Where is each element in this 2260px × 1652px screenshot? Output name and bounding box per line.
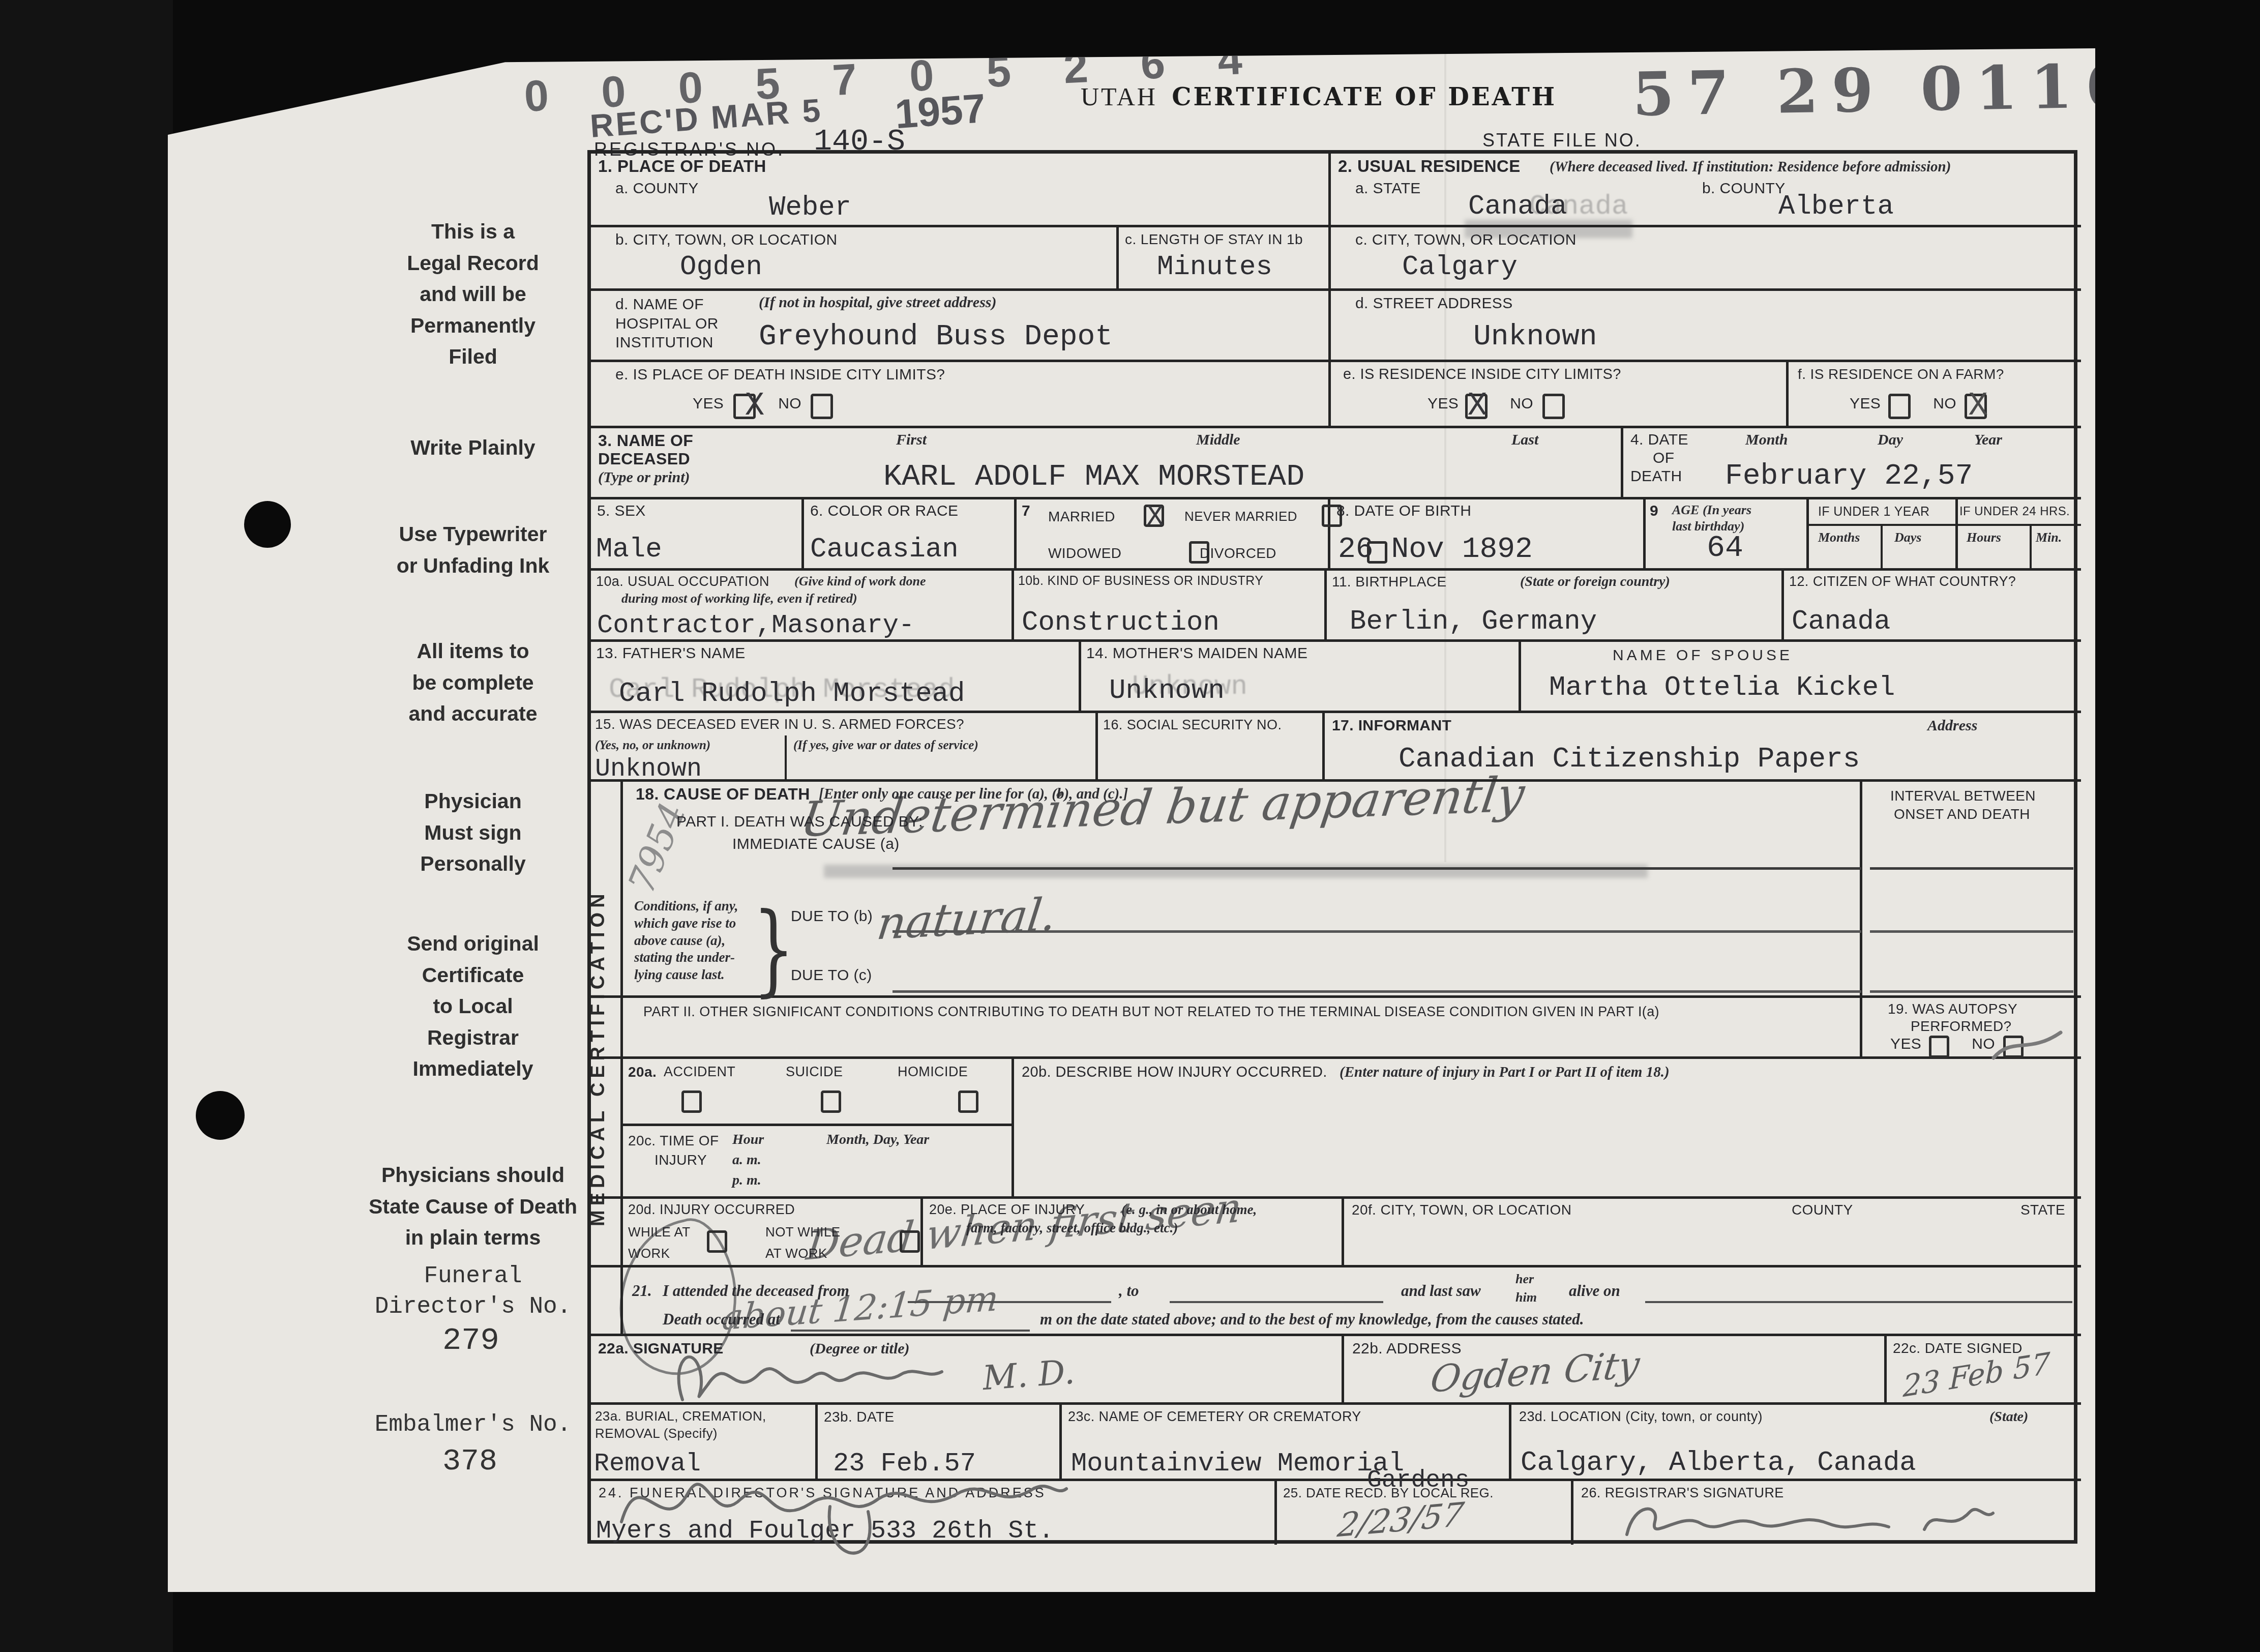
registrar-signature — [1614, 1499, 2001, 1545]
field-7-married-checkbox[interactable]: X — [1144, 505, 1164, 527]
field-2f-yes-label: YES — [1850, 395, 1881, 412]
row-sex-race-marital-birth: 5. SEX Male 6. COLOR OR RACE Caucasian 7… — [591, 499, 2081, 571]
field-7-marital-status: 7 MARRIED X NEVER MARRIED WIDOWED DIVORC… — [1017, 499, 1330, 568]
field-21-text-1: I attended the deceased from — [663, 1282, 849, 1300]
field-23d-state-label: (State) — [1989, 1409, 2028, 1425]
field-20d-notwhile-2: AT WORK — [765, 1246, 827, 1261]
margin-note-typewriter: Use Typewriter or Unfading Ink — [315, 519, 631, 581]
field-2a-value-ghost: Canada — [1529, 191, 1628, 222]
field-7-never-married-label: NEVER MARRIED — [1184, 509, 1297, 524]
field-8-value: 26 Nov 1892 — [1338, 533, 1533, 566]
field-21-her: her — [1515, 1272, 1534, 1287]
field-17-informant: 17. INFORMANT Address Canadian Citizensh… — [1325, 713, 2081, 779]
punch-hole-top — [244, 501, 291, 548]
field-1e-label: e. IS PLACE OF DEATH INSIDE CITY LIMITS? — [615, 366, 945, 383]
embalmer-no-label: Embalmer's No. — [315, 1411, 631, 1438]
field-26-registrar-signature: 26. REGISTRAR'S SIGNATURE — [1573, 1481, 2081, 1545]
funeral-director-signature — [611, 1445, 1069, 1547]
field-6-label: 6. COLOR OR RACE — [810, 503, 958, 520]
death-occurred-line — [791, 1330, 1030, 1332]
medical-certification-band-2 — [591, 998, 623, 1056]
field-11-value: Berlin, Germany — [1350, 606, 1597, 637]
field-1-title: 1. PLACE OF DEATH — [598, 157, 766, 176]
under-grid-divider-mid — [1955, 499, 1958, 571]
state-file-no-stamp: 57 29 0116 — [1632, 50, 2141, 129]
field-9-under-age-grid: IF UNDER 1 YEAR IF UNDER 24 HRS. Months … — [1809, 499, 2081, 568]
field-20a-20c-column: 20a. ACCIDENT SUICIDE HOMICIDE 20c. TIME… — [623, 1059, 1014, 1196]
certificate-form: 1. PLACE OF DEATH a. COUNTY Weber 2. USU… — [587, 150, 2077, 1544]
field-20a-suicide-label: SUICIDE — [786, 1064, 843, 1080]
row-attended: 21. I attended the deceased from , to an… — [591, 1267, 2081, 1336]
row-part2-autopsy: PART II. OTHER SIGNIFICANT CONDITIONS CO… — [591, 998, 2081, 1059]
field-11-label: 11. BIRTHPLACE — [1332, 574, 1447, 590]
field-20a-homicide-checkbox[interactable] — [958, 1090, 978, 1113]
field-3-label-3: (Type or print) — [598, 469, 690, 486]
field-1d-label: d. NAME OF HOSPITAL OR INSTITUTION — [615, 295, 719, 352]
field-12-citizen: 12. CITIZEN OF WHAT COUNTRY? Canada — [1784, 571, 2081, 639]
field-20d-injury-occurred: 20d. INJURY OCCURRED WHILE AT WORK NOT W… — [623, 1199, 923, 1265]
attended-from-line — [908, 1301, 1111, 1303]
field-23c-cemetery: 23c. NAME OF CEMETERY OR CREMATORY Mount… — [1062, 1405, 1511, 1479]
field-2-title: 2. USUAL RESIDENCE — [1338, 157, 1521, 176]
field-2e-city-limits: e. IS RESIDENCE INSIDE CITY LIMITS? YES … — [1331, 362, 1789, 426]
field-10a-hint-2: during most of working life, even if ret… — [621, 591, 857, 606]
field-4-value: February 22,57 — [1725, 460, 1973, 493]
due-to-b-line — [893, 930, 1861, 933]
field-2a-label: a. STATE — [1355, 180, 1421, 197]
field-1e-yes-checkbox[interactable]: X — [733, 394, 756, 419]
field-10b-label: 10b. KIND OF BUSINESS OR INDUSTRY — [1018, 574, 1263, 588]
state-file-no-label: STATE FILE NO. — [1482, 130, 1642, 151]
field-2f-farm: f. IS RESIDENCE ON A FARM? YES NO X — [1789, 362, 2081, 426]
punch-hole-bottom — [196, 1091, 245, 1140]
field-20c-am-label: a. m. — [732, 1152, 761, 1168]
field-6-value: Caucasian — [810, 534, 959, 565]
field-1e-no-label: NO — [778, 395, 801, 412]
field-18-part2: PART II. OTHER SIGNIFICANT CONDITIONS CO… — [623, 998, 1862, 1056]
field-4-col-month: Month — [1745, 431, 1788, 449]
field-18-title-hint: [Enter only one cause per line for (a), … — [819, 786, 1128, 803]
field-2b-value: Alberta — [1778, 191, 1894, 222]
field-20b-describe-injury: 20b. DESCRIBE HOW INJURY OCCURRED. (Ente… — [1014, 1059, 2081, 1196]
medical-certification-band-5 — [591, 1267, 623, 1334]
field-20c-label-1: 20c. TIME OF — [628, 1133, 719, 1149]
min-label: Min. — [2036, 530, 2062, 545]
months-label: Months — [1818, 530, 1860, 545]
medical-certification-band-4 — [591, 1199, 623, 1265]
medical-certification-band — [591, 782, 623, 995]
field-2c-value: Calgary — [1402, 252, 1518, 283]
field-4-col-year: Year — [1974, 431, 2002, 449]
field-3-label-2: DECEASED — [598, 450, 690, 468]
field-21-text-3: and last saw — [1401, 1282, 1481, 1300]
row-forces-ssn-informant: 15. WAS DECEASED EVER IN U. S. ARMED FOR… — [591, 713, 2081, 782]
field-2c-city: c. CITY, TOWN, OR LOCATION Calgary — [1331, 227, 2081, 288]
field-25-value: 2/23/57 — [1335, 1496, 1467, 1545]
field-15-value: Unknown — [595, 755, 702, 784]
field-15-armed-forces: 15. WAS DECEASED EVER IN U. S. ARMED FOR… — [591, 713, 1098, 779]
field-8-date-of-birth: 8. DATE OF BIRTH 26 Nov 1892 — [1330, 499, 1646, 568]
attended-to-line — [1170, 1301, 1383, 1303]
field-13-father: 13. FATHER'S NAME Carl Rudolph Morstead … — [591, 642, 1081, 711]
field-2e-yes-label: YES — [1428, 395, 1459, 412]
field-23c-label: 23c. NAME OF CEMETERY OR CREMATORY — [1068, 1409, 1361, 1425]
field-3-col-middle: Middle — [1196, 431, 1240, 449]
field-2f-options: YES NO X — [1850, 394, 1987, 419]
field-2f-no-checkbox[interactable]: X — [1965, 394, 1987, 419]
field-18-interval-column: INTERVAL BETWEEN ONSET AND DEATH — [1862, 782, 2081, 995]
field-1e-no-checkbox[interactable] — [811, 394, 833, 419]
field-1a-label: a. COUNTY — [615, 180, 699, 197]
interval-label-2: ONSET AND DEATH — [1894, 806, 2030, 822]
field-12-value: Canada — [1792, 606, 1890, 637]
field-2c-label: c. CITY, TOWN, OR LOCATION — [1355, 231, 1577, 249]
field-23d-value: Calgary, Alberta, Canada — [1521, 1448, 1916, 1479]
field-1c-length-of-stay: c. LENGTH OF STAY IN 1b Minutes — [1119, 227, 1331, 288]
field-20e-hint-2: farm, factory, street, office bldg., etc… — [966, 1220, 1178, 1236]
row-cause-of-death: 18. CAUSE OF DEATH [Enter only one cause… — [591, 782, 2081, 998]
days-label: Days — [1894, 530, 1921, 545]
field-23c-value-1: Mountainview Memorial — [1071, 1449, 1404, 1479]
field-21-text-4: alive on — [1569, 1282, 1620, 1300]
field-2d-label: d. STREET ADDRESS — [1355, 295, 1513, 312]
margin-note-write-plainly: Write Plainly — [315, 432, 631, 464]
field-4-label-2: OF — [1653, 450, 1674, 467]
funeral-director-no-value: 279 — [442, 1322, 499, 1359]
field-21-text-5: Death occurred at — [663, 1310, 780, 1329]
row-injury-type: 20a. ACCIDENT SUICIDE HOMICIDE 20c. TIME… — [591, 1059, 2081, 1199]
field-spouse-value: Martha Ottelia Kickel — [1549, 672, 1895, 703]
field-16-ssn: 16. SOCIAL SECURITY NO. — [1098, 713, 1325, 779]
row-city-limits: e. IS PLACE OF DEATH INSIDE CITY LIMITS?… — [591, 362, 2081, 428]
field-20d-while-checkbox[interactable] — [707, 1230, 727, 1253]
field-15-hint-2: (If yes, give war or dates of service) — [793, 739, 978, 753]
field-20c-mdy-label: Month, Day, Year — [826, 1132, 929, 1148]
conditions-brace: } — [753, 891, 795, 1007]
field-23a-label: 23a. BURIAL, CREMATION, REMOVAL (Specify… — [595, 1408, 766, 1442]
field-10a-hint-1: (Give kind of work done — [794, 574, 926, 589]
field-14-value: Unknown — [1109, 675, 1225, 706]
field-2e-no-checkbox[interactable] — [1542, 394, 1565, 419]
field-1d-hospital: d. NAME OF HOSPITAL OR INSTITUTION (If n… — [591, 291, 1331, 360]
field-2e-yes-mark: X — [1468, 388, 1487, 425]
field-20e-hint-1: (e. g., in or about home, — [1121, 1202, 1257, 1218]
field-13-value: Carl Rudolph Morstead — [619, 678, 965, 710]
interval-line-c — [1870, 990, 2073, 993]
field-21-him: him — [1515, 1290, 1537, 1305]
field-18-part2-label: PART II. OTHER SIGNIFICANT CONDITIONS CO… — [643, 1004, 1659, 1020]
field-20a-accident-label: ACCIDENT — [664, 1064, 735, 1080]
field-20f-county-label: COUNTY — [1792, 1202, 1853, 1218]
field-7-divorced-label: DIVORCED — [1200, 545, 1276, 562]
field-15-hint-1: (Yes, no, or unknown) — [595, 739, 710, 753]
field-21-number: 21. — [632, 1282, 652, 1300]
field-2f-no-label: NO — [1933, 395, 1956, 412]
field-23d-label: 23d. LOCATION (City, town, or county) — [1519, 1409, 1763, 1425]
field-2e-no-label: NO — [1510, 395, 1533, 412]
field-4-label-1: 4. DATE — [1630, 431, 1688, 449]
field-18-cause-of-death: 18. CAUSE OF DEATH [Enter only one cause… — [623, 782, 1862, 995]
field-18-due-to-b-label: DUE TO (b) — [791, 908, 873, 925]
field-20d-while-1: WHILE AT — [628, 1224, 691, 1240]
field-1-place-of-death: 1. PLACE OF DEATH a. COUNTY Weber — [591, 154, 1331, 225]
interval-line-b — [1870, 930, 2073, 933]
field-4-col-day: Day — [1878, 431, 1903, 449]
field-7-married-label: MARRIED — [1048, 509, 1115, 525]
field-23c-value-2: Gardens — [1367, 1467, 1470, 1494]
field-23b-label: 23b. DATE — [824, 1409, 894, 1425]
field-14-label: 14. MOTHER'S MAIDEN NAME — [1086, 645, 1307, 662]
field-22c-date-signed: 22c. DATE SIGNED 23 Feb 57 — [1887, 1336, 2081, 1402]
field-7-widowed-label: WIDOWED — [1048, 545, 1121, 562]
field-2d-street-address: d. STREET ADDRESS Unknown — [1331, 291, 2081, 360]
field-20f-label: 20f. CITY, TOWN, OR LOCATION — [1352, 1202, 1571, 1218]
field-1c-value: Minutes — [1157, 252, 1272, 283]
field-15-divider — [785, 735, 787, 782]
film-edge — [0, 0, 173, 1652]
field-20a-manner: 20a. ACCIDENT SUICIDE HOMICIDE — [623, 1059, 1012, 1126]
field-1a-value: Weber — [769, 192, 851, 223]
field-20c-label-2: INJURY — [655, 1152, 707, 1168]
row-hospital-street: d. NAME OF HOSPITAL OR INSTITUTION (If n… — [591, 291, 2081, 362]
field-20d-label: 20d. INJURY OCCURRED — [628, 1202, 795, 1218]
field-5-sex: 5. SEX Male — [591, 499, 804, 568]
row-parents-spouse: 13. FATHER'S NAME Carl Rudolph Morstead … — [591, 642, 2081, 713]
field-9-age: 9 AGE (In years last birthday) 64 — [1646, 499, 1809, 568]
field-20f-state-label: STATE — [2020, 1202, 2065, 1218]
due-to-c-line — [893, 990, 1861, 993]
field-7-number: 7 — [1022, 503, 1030, 520]
field-18-title: 18. CAUSE OF DEATH — [636, 785, 810, 804]
field-2f-no-mark: X — [1968, 388, 1987, 425]
alive-on-line — [1645, 1301, 2072, 1303]
field-15-label: 15. WAS DECEASED EVER IN U. S. ARMED FOR… — [595, 716, 964, 732]
field-20f-location: 20f. CITY, TOWN, OR LOCATION COUNTY STAT… — [1344, 1199, 2081, 1265]
field-19-yes-label: YES — [1890, 1036, 1921, 1052]
scanned-death-certificate: { "m": { "notes": [ "This is a\nLegal Re… — [0, 0, 2260, 1652]
field-18-immediate-cause-label: IMMEDIATE CAUSE (a) — [732, 836, 900, 853]
field-1e-yes-label: YES — [693, 395, 724, 412]
field-20c-time-of-injury: 20c. TIME OF INJURY Hour a. m. p. m. Mon… — [623, 1129, 1012, 1199]
field-2e-label: e. IS RESIDENCE INSIDE CITY LIMITS? — [1343, 366, 1621, 383]
field-10a-value: Contractor,Masonary- — [597, 610, 914, 640]
field-11-hint: (State or foreign country) — [1520, 574, 1670, 590]
field-9-label-1: AGE (In years — [1672, 503, 1751, 518]
field-24-funeral-director: 24. FUNERAL DIRECTOR'S SIGNATURE AND ADD… — [591, 1481, 1277, 1545]
received-stamp-year: 1957 — [894, 85, 987, 138]
field-11-birthplace: 11. BIRTHPLACE (State or foreign country… — [1327, 571, 1784, 639]
certificate-title: UTAH CERTIFICATE OF DEATH — [1081, 82, 1557, 111]
field-21-text-6: m on the date stated above; and to the b… — [1040, 1310, 1584, 1329]
field-10b-value: Construction — [1022, 607, 1220, 638]
field-23d-location: 23d. LOCATION (City, town, or county) (S… — [1511, 1405, 2081, 1479]
interval-line-a — [1870, 867, 2073, 870]
row-injury-place: 20d. INJURY OCCURRED WHILE AT WORK NOT W… — [591, 1199, 2081, 1267]
field-10b-industry: 10b. KIND OF BUSINESS OR INDUSTRY Constr… — [1014, 571, 1327, 639]
field-17-value: Canadian Citizenship Papers — [1399, 743, 1860, 775]
field-9-value: 64 — [1707, 531, 1743, 566]
row-funeral-registrar: 24. FUNERAL DIRECTOR'S SIGNATURE AND ADD… — [591, 1481, 2081, 1545]
field-1b-label: b. CITY, TOWN, OR LOCATION — [615, 231, 838, 249]
field-1b-city: b. CITY, TOWN, OR LOCATION Ogden — [591, 227, 1119, 288]
field-10a-occupation: 10a. USUAL OCCUPATION (Give kind of work… — [591, 571, 1014, 639]
margin-note-physician-sign: Physician Must sign Personally — [315, 786, 631, 880]
field-22a-degree-value: M. D. — [982, 1352, 1076, 1398]
field-1d-hint: (If not in hospital, give street address… — [759, 294, 997, 311]
field-1d-value: Greyhound Buss Depot — [759, 320, 1113, 353]
field-12-label: 12. CITIZEN OF WHAT COUNTRY? — [1789, 574, 2016, 589]
certificate-page: This is a Legal Record and will be Perma… — [168, 48, 2095, 1592]
field-20a-suicide-checkbox[interactable] — [821, 1090, 841, 1113]
field-17-address-label: Address — [1927, 717, 1977, 734]
row-city-town: b. CITY, TOWN, OR LOCATION Ogden c. LENG… — [591, 227, 2081, 291]
field-1e-yes-mark: X — [745, 388, 764, 425]
row-occupation-birthplace: 10a. USUAL OCCUPATION (Give kind of work… — [591, 571, 2081, 642]
field-20b-label: 20b. DESCRIBE HOW INJURY OCCURRED. — [1022, 1064, 1327, 1081]
field-10a-label: 10a. USUAL OCCUPATION — [596, 574, 769, 589]
field-3-col-first: First — [896, 431, 927, 449]
under-1-year-label: IF UNDER 1 YEAR — [1818, 505, 1929, 519]
field-17-label: 17. INFORMANT — [1332, 717, 1451, 734]
field-19-yes-checkbox[interactable] — [1929, 1036, 1949, 1058]
field-20a-accident-checkbox[interactable] — [681, 1090, 702, 1113]
field-20d-notwhile-1: NOT WHILE — [765, 1224, 841, 1240]
field-20d-while-2: WORK — [628, 1246, 670, 1261]
embalmer-no-value: 378 — [442, 1444, 497, 1479]
field-22b-address: 22b. ADDRESS Ogden City — [1344, 1336, 1887, 1402]
field-22a-signature: 22a. SIGNATURE (Degree or title) M. D. — [591, 1336, 1344, 1402]
margin-note-legal-record: This is a Legal Record and will be Perma… — [315, 216, 631, 373]
field-2d-value: Unknown — [1473, 320, 1597, 353]
field-9-number: 9 — [1650, 503, 1658, 520]
under-grid-divider-months-days — [1881, 524, 1883, 571]
field-18-conditions-note: Conditions, if any, which gave rise to a… — [634, 898, 738, 984]
field-1e-options: YES X NO — [693, 394, 833, 419]
immediate-cause-line — [893, 867, 1861, 870]
field-18-due-to-c-label: DUE TO (c) — [791, 967, 872, 984]
field-21-text-2: , to — [1119, 1282, 1139, 1300]
field-19-label-1: 19. WAS AUTOPSY — [1888, 1001, 2017, 1017]
field-20d-notwhile-checkbox[interactable] — [900, 1230, 920, 1253]
row-signature: 22a. SIGNATURE (Degree or title) M. D. 2… — [591, 1336, 2081, 1405]
row-name-date: 3. NAME OF DECEASED (Type or print) Firs… — [591, 428, 2081, 499]
physician-signature — [662, 1336, 947, 1407]
field-20c-hour-label: Hour — [732, 1132, 764, 1148]
medical-certification-band-3 — [591, 1059, 623, 1196]
field-2e-options: YES X NO — [1428, 394, 1565, 419]
margin-note-send-original: Send original Certificate to Local Regis… — [315, 928, 631, 1085]
field-20a-number: 20a. — [628, 1064, 657, 1080]
field-3-name-of-deceased: 3. NAME OF DECEASED (Type or print) Firs… — [591, 428, 1623, 497]
row-place-residence-a: 1. PLACE OF DEATH a. COUNTY Weber 2. USU… — [591, 154, 2081, 227]
field-20e-place-of-injury: 20e. PLACE OF INJURY (e. g., in or about… — [923, 1199, 1344, 1265]
field-20b-hint: (Enter nature of injury in Part I or Par… — [1340, 1064, 1670, 1081]
field-5-value: Male — [596, 534, 662, 565]
field-2f-yes-checkbox[interactable] — [1888, 394, 1911, 419]
field-18-part1-label: PART I. DEATH WAS CAUSED BY: — [676, 813, 923, 831]
field-3-col-last: Last — [1511, 431, 1538, 449]
field-21-attended: 21. I attended the deceased from , to an… — [623, 1267, 2081, 1334]
field-14-mother: 14. MOTHER'S MAIDEN NAME Unknown Unknown — [1081, 642, 1521, 711]
margin-note-complete: All items to be complete and accurate — [315, 636, 631, 730]
field-7-married-mark: X — [1146, 501, 1164, 534]
hours-label: Hours — [1967, 530, 2001, 545]
field-1c-label: c. LENGTH OF STAY IN 1b — [1125, 231, 1303, 248]
under-grid-header-line — [1809, 524, 2081, 526]
field-16-label: 16. SOCIAL SECURITY NO. — [1103, 717, 1282, 733]
interval-label-1: INTERVAL BETWEEN — [1890, 788, 2036, 804]
field-13-label: 13. FATHER'S NAME — [596, 645, 746, 662]
field-20a-homicide-label: HOMICIDE — [898, 1064, 968, 1080]
field-6-color-race: 6. COLOR OR RACE Caucasian — [804, 499, 1017, 568]
field-2b-label: b. COUNTY — [1702, 180, 1786, 197]
field-spouse-label: NAME OF SPOUSE — [1613, 647, 1793, 664]
field-1b-value: Ogden — [680, 252, 762, 283]
under-grid-divider-hours-min — [2030, 524, 2032, 571]
field-3-label-1: 3. NAME OF — [598, 431, 693, 450]
field-5-label: 5. SEX — [597, 503, 646, 520]
field-2f-label: f. IS RESIDENCE ON A FARM? — [1798, 366, 2004, 382]
under-24-hrs-label: IF UNDER 24 HRS. — [1959, 505, 2070, 519]
field-2-title-hint: (Where deceased lived. If institution: R… — [1550, 159, 1951, 175]
field-4-label-3: DEATH — [1630, 468, 1682, 485]
field-20e-label: 20e. PLACE OF INJURY — [929, 1202, 1085, 1218]
field-1e-city-limits: e. IS PLACE OF DEATH INSIDE CITY LIMITS?… — [591, 362, 1331, 426]
field-spouse: NAME OF SPOUSE Martha Ottelia Kickel — [1521, 642, 2081, 711]
field-19-autopsy: 19. WAS AUTOPSY PERFORMED? YES NO — [1862, 998, 2081, 1056]
field-22b-label: 22b. ADDRESS — [1352, 1340, 1462, 1358]
certificate-title-utah: UTAH — [1081, 82, 1157, 111]
field-20c-pm-label: p. m. — [732, 1172, 761, 1189]
field-2-usual-residence: 2. USUAL RESIDENCE (Where deceased lived… — [1331, 154, 2081, 225]
field-4-date-of-death: 4. DATE OF DEATH Month Day Year February… — [1623, 428, 2081, 497]
field-3-value: KARL ADOLF MAX MORSTEAD — [883, 460, 1304, 494]
field-8-label: 8. DATE OF BIRTH — [1336, 503, 1471, 520]
field-2e-yes-checkbox[interactable]: X — [1465, 394, 1488, 419]
certificate-title-main: CERTIFICATE OF DEATH — [1172, 83, 1557, 111]
